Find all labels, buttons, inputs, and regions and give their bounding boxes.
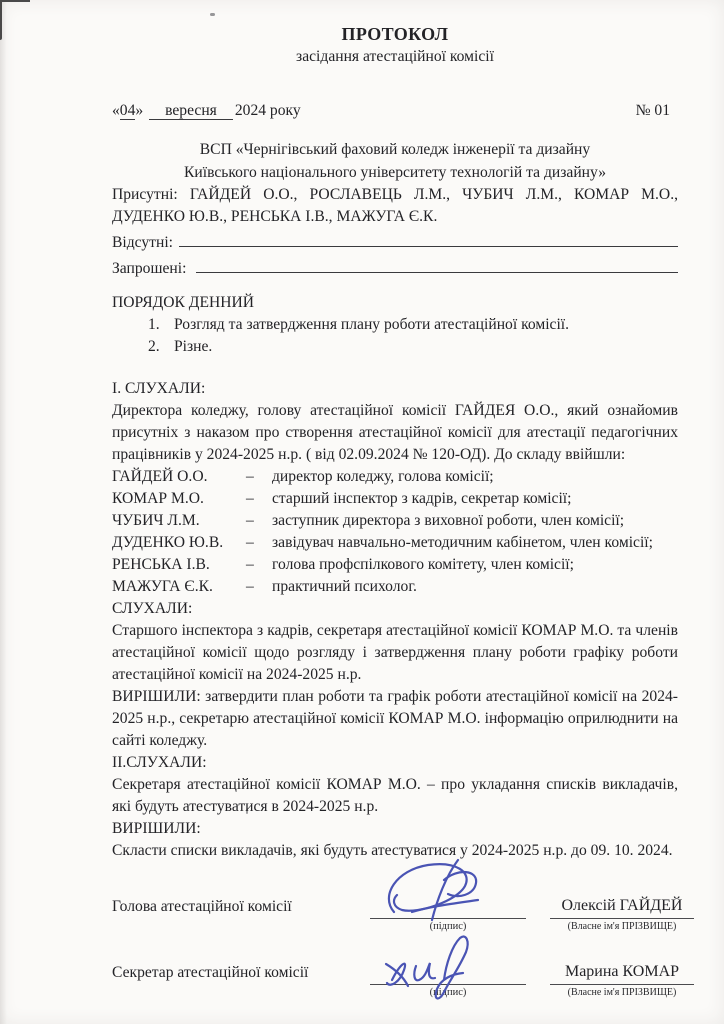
document-date: «04» вересня2024 року — [112, 100, 301, 122]
absent-blank-line — [179, 228, 678, 247]
member-dash: – — [246, 510, 264, 532]
agenda-title: ПОРЯДОК ДЕННИЙ — [112, 292, 678, 314]
member-row: РЕНСЬКА І.В. – голова профспілкового ком… — [112, 554, 678, 576]
date-month: вересня — [149, 102, 233, 120]
section2-heading: ІІ.СЛУХАЛИ: — [112, 752, 678, 774]
sluhaly2-paragraph: Старшого інспектора з кадрів, секретаря … — [112, 620, 678, 686]
member-name: МАЖУГА Є.К. — [112, 576, 238, 598]
vyrishyly1-paragraph: ВИРІШИЛИ: затвердити план роботи та граф… — [112, 686, 678, 752]
signature-block: Голова атестаційної комісії (підпис) Оле… — [112, 878, 694, 1000]
invited-blank-line — [196, 254, 678, 273]
scanned-protocol-page: ПРОТОКОЛ засідання атестаційної комісії … — [0, 0, 724, 1024]
member-role: завідувач навчально-методичним кабінетом… — [272, 532, 678, 554]
member-dash: – — [246, 554, 264, 576]
member-role: старший інспектор з кадрів, секретар ком… — [272, 488, 678, 510]
date-day: 04 — [120, 102, 136, 120]
invited-label: Запрошені: — [112, 258, 186, 280]
member-row: ЧУБИЧ Л.М. – заступник директора з вихов… — [112, 510, 678, 532]
member-role: заступник директора з виховної роботи, ч… — [272, 510, 678, 532]
signature-cell: (підпис) — [370, 918, 526, 934]
present-line: Присутні: ГАЙДЕЙ О.О., РОСЛАВЕЦЬ Л.М., Ч… — [112, 184, 678, 228]
section2-paragraph: Секретаря атестаційної комісії КОМАР М.О… — [112, 774, 678, 818]
agenda-item-text: Розгляд та затвердження плану роботи ате… — [174, 314, 569, 336]
vyrishyly2-paragraph: Скласти списки викладачів, які будуть ат… — [112, 840, 678, 862]
member-role: голова профспілкового комітету, член ком… — [272, 554, 678, 576]
institution-line-2: Київського національного університету те… — [112, 161, 678, 184]
document-content: ПРОТОКОЛ засідання атестаційної комісії … — [112, 22, 678, 1010]
member-name: РЕНСЬКА І.В. — [112, 554, 238, 576]
quote-open: « — [112, 102, 120, 119]
member-row: МАЖУГА Є.К. – практичний психолог. — [112, 576, 678, 598]
scan-edge-artifact — [0, 0, 30, 2]
signature-ink-gaidei-icon — [370, 856, 520, 922]
member-role: директор коледжу, голова комісії; — [272, 466, 678, 488]
signature-caption: (підпис) — [370, 985, 526, 1000]
member-row: ГАЙДЕЙ О.О. – директор коледжу, голова к… — [112, 466, 678, 488]
commission-members-list: ГАЙДЕЙ О.О. – директор коледжу, голова к… — [112, 466, 678, 598]
signature-role-label: Секретар атестаційної комісії — [112, 962, 346, 1000]
signee-name-caption: (Власне ім'я ПРІЗВИЩЕ) — [550, 985, 694, 1000]
document-subtitle: засідання атестаційної комісії — [112, 46, 678, 68]
signature-cell: (підпис) — [370, 984, 526, 1000]
signee-name-cell: Марина КОМАР (Власне ім'я ПРІЗВИЩЕ) — [550, 961, 694, 1000]
member-dash: – — [246, 466, 264, 488]
institution-block: ВСП «Чернігівський фаховий коледж інжене… — [112, 138, 678, 184]
member-name: ДУДЕНКО Ю.В. — [112, 532, 238, 554]
quote-close: » — [135, 102, 143, 119]
member-role: практичний психолог. — [272, 576, 678, 598]
section1-heading: І. СЛУХАЛИ: — [112, 378, 678, 400]
signee-name-cell: Олексій ГАЙДЕЙ (Власне ім'я ПРІЗВИЩЕ) — [550, 895, 694, 934]
member-name: КОМАР М.О. — [112, 488, 238, 510]
member-name: ЧУБИЧ Л.М. — [112, 510, 238, 532]
signature-role-label: Голова атестаційної комісії — [112, 896, 346, 934]
date-row: «04» вересня2024 року № 01 — [112, 100, 678, 122]
signature-row-head: Голова атестаційної комісії (підпис) Оле… — [112, 878, 694, 934]
scan-edge-shadow — [0, 0, 7, 1024]
agenda-item-text: Різне. — [174, 336, 212, 358]
document-title: ПРОТОКОЛ — [112, 22, 678, 46]
member-dash: – — [246, 576, 264, 598]
scan-speck — [210, 13, 215, 16]
signee-name-caption: (Власне ім'я ПРІЗВИЩЕ) — [550, 919, 694, 934]
sluhaly2-heading: СЛУХАЛИ: — [112, 598, 678, 620]
member-row: ДУДЕНКО Ю.В. – завідувач навчально-метод… — [112, 532, 678, 554]
member-row: КОМАР М.О. – старший інспектор з кадрів,… — [112, 488, 678, 510]
agenda-item-number: 2. — [148, 336, 174, 358]
signature-caption: (підпис) — [370, 919, 526, 934]
member-dash: – — [246, 532, 264, 554]
protocol-number: № 01 — [636, 100, 678, 122]
invited-row: Запрошені: — [112, 254, 678, 280]
section1-paragraph: Директора коледжу, голову атестаційної к… — [112, 400, 678, 466]
signee-name: Олексій ГАЙДЕЙ — [550, 895, 694, 919]
member-name: ГАЙДЕЙ О.О. — [112, 466, 238, 488]
agenda-item: 1. Розгляд та затвердження плану роботи … — [148, 314, 678, 336]
agenda-item-number: 1. — [148, 314, 174, 336]
institution-line-1: ВСП «Чернігівський фаховий коледж інжене… — [112, 138, 678, 161]
signature-row-secretary: Секретар атестаційної комісії (підпис) М… — [112, 944, 694, 1000]
vyrishyly2-heading: ВИРІШИЛИ: — [112, 818, 678, 840]
agenda-item: 2. Різне. — [148, 336, 678, 358]
absent-row: Відсутні: — [112, 228, 678, 254]
signee-name: Марина КОМАР — [550, 961, 694, 985]
member-dash: – — [246, 488, 264, 510]
absent-label: Відсутні: — [112, 232, 173, 254]
date-year: 2024 року — [235, 102, 301, 119]
